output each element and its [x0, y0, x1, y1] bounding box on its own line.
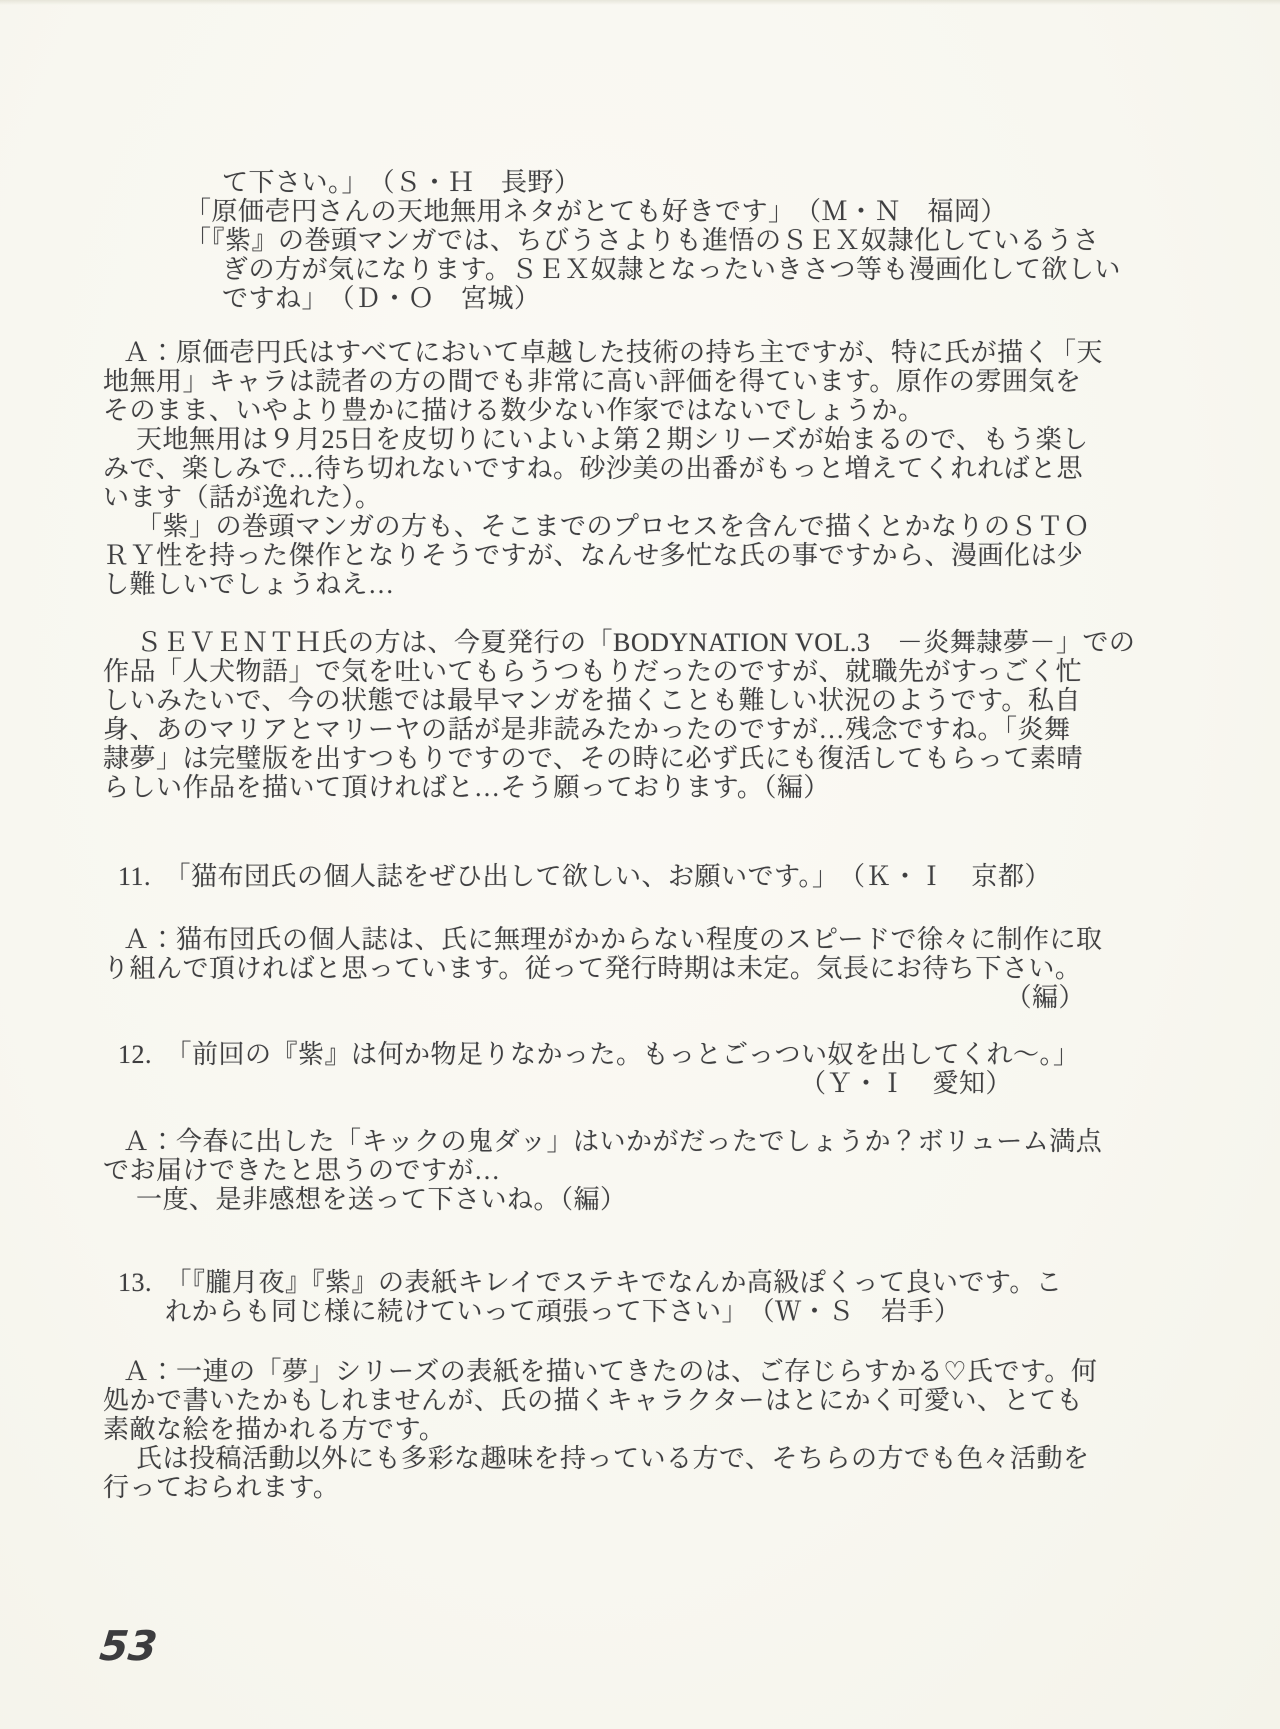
text-line: 「原価壱円さんの天地無用ネタがとても好きです」 （Ｍ・Ｎ 福岡）: [103, 197, 1100, 226]
text-line: Ａ：今春に出した「キックの鬼ダッ」はいかがだったでしょうか？ボリューム満点: [103, 1127, 1100, 1156]
answer-12-block: Ａ：今春に出した「キックの鬼ダッ」はいかがだったでしょうか？ボリューム満点 でお…: [103, 1127, 1100, 1214]
text-line: り組んで頂ければと思っています。従って発行時期は未定。気長にお待ち下さい。: [103, 954, 1100, 983]
page-number: 53: [97, 1622, 159, 1670]
text-line: 12. 「前回の『紫』は何か物足りなかった。もっとごっつい奴を出してくれ～。」: [103, 1040, 1100, 1069]
text-line: ＲＹ性を持った傑作となりそうですが、なんせ多忙な氏の事ですから、漫画化は少: [103, 541, 1100, 570]
text-line: 作品「人犬物語」で気を吐いてもらうつもりだったのですが、就職先がすっごく忙: [103, 657, 1100, 686]
text-line: れからも同じ様に続けていって頑張って下さい」 （Ｗ・Ｓ 岩手）: [103, 1297, 1100, 1326]
text-line: 13. 「『朧月夜』『紫』の表紙キレイでステキでなんか高級ぽくって良いです。こ: [103, 1268, 1100, 1297]
text-line: ですね」 （Ｄ・Ｏ 宮城）: [103, 284, 1100, 313]
text-line: ぎの方が気になります。ＳＥＸ奴隷となったいきさつ等も漫画化して欲しい: [103, 255, 1100, 284]
text-line: Ａ：一連の「夢」シリーズの表紙を描いてきたのは、ご存じらすかる♡氏です。何: [103, 1357, 1100, 1386]
text-line: 天地無用は９月25日を皮切りにいよいよ第２期シリーズが始まるので、もう楽し: [103, 425, 1100, 454]
text-line: います（話が逸れた）。: [103, 483, 1100, 512]
text-line: 処かで書いたかもしれませんが、氏の描くキャラクターはとにかく可愛い、とても: [103, 1386, 1100, 1415]
text-line: し難しいでしょうねえ…: [103, 570, 1100, 599]
text-line: 11. 「猫布団氏の個人誌をぜひ出して欲しい、お願いです。」 （Ｋ・Ｉ 京都）: [103, 862, 1100, 891]
text-line: らしい作品を描いて頂ければと…そう願っております。（編）: [103, 773, 1100, 802]
question-12-block: 12. 「前回の『紫』は何か物足りなかった。もっとごっつい奴を出してくれ～。」 …: [103, 1040, 1100, 1098]
answer-10-block: Ａ：原価壱円氏はすべてにおいて卓越した技術の持ち主ですが、特に氏が描く「天 地無…: [103, 338, 1100, 599]
text-line: 「『紫』の巻頭マンガでは、ちびうさよりも進悟のＳＥＸ奴隷化しているうさ: [103, 226, 1100, 255]
scanned-page: て下さい。」 （Ｓ・Ｈ 長野） 「原価壱円さんの天地無用ネタがとても好きです」 …: [0, 0, 1280, 1729]
text-line: 氏は投稿活動以外にも多彩な趣味を持っている方で、そちらの方でも色々活動を: [103, 1444, 1100, 1473]
text-line: て下さい。」 （Ｓ・Ｈ 長野）: [103, 168, 1100, 197]
question-13-block: 13. 「『朧月夜』『紫』の表紙キレイでステキでなんか高級ぽくって良いです。こ …: [103, 1268, 1100, 1326]
text-line: しいみたいで、今の状態では最早マンガを描くことも難しい状況のようです。私自: [103, 686, 1100, 715]
reader-comments-block: て下さい。」 （Ｓ・Ｈ 長野） 「原価壱円さんの天地無用ネタがとても好きです」 …: [103, 168, 1100, 313]
text-line: 一度、是非感想を送って下さいね。（編）: [103, 1185, 1100, 1214]
text-line: 地無用」キャラは読者の方の間でも非常に高い評価を得ています。原作の雰囲気を: [103, 367, 1100, 396]
text-line: そのまま、いやより豊かに描ける数少ない作家ではないでしょうか。: [103, 396, 1100, 425]
page-text-content: て下さい。」 （Ｓ・Ｈ 長野） 「原価壱円さんの天地無用ネタがとても好きです」 …: [103, 168, 1100, 1502]
text-line: みで、楽しみで…待ち切れないですね。砂沙美の出番がもっと増えてくれればと思: [103, 454, 1100, 483]
text-line: Ａ：猫布団氏の個人誌は、氏に無理がかからない程度のスピードで徐々に制作に取: [103, 925, 1100, 954]
text-line: でお届けできたと思うのですが…: [103, 1156, 1100, 1185]
question-11-block: 11. 「猫布団氏の個人誌をぜひ出して欲しい、お願いです。」 （Ｋ・Ｉ 京都）: [103, 862, 1100, 891]
text-line: 身、あのマリアとマリーヤの話が是非読みたかったのですが…残念ですね。「炎舞: [103, 715, 1100, 744]
answer-11-block: Ａ：猫布団氏の個人誌は、氏に無理がかからない程度のスピードで徐々に制作に取 り組…: [103, 925, 1100, 1012]
text-line: Ａ：原価壱円氏はすべてにおいて卓越した技術の持ち主ですが、特に氏が描く「天: [103, 338, 1100, 367]
text-line: （Ｙ・Ｉ 愛知）: [103, 1069, 1100, 1098]
answer-10-seventh-note-block: ＳＥＶＥＮＴＨ氏の方は、今夏発行の「BODYNATION VOL.3 －炎舞隷夢…: [103, 628, 1100, 802]
text-line: 「紫」の巻頭マンガの方も、そこまでのプロセスを含んで描くとかなりのＳＴＯ: [103, 512, 1100, 541]
text-line: ＳＥＶＥＮＴＨ氏の方は、今夏発行の「BODYNATION VOL.3 －炎舞隷夢…: [103, 628, 1100, 657]
text-line: 隷夢」は完璧版を出すつもりですので、その時に必ず氏にも復活してもらって素晴: [103, 744, 1100, 773]
answer-13-block: Ａ：一連の「夢」シリーズの表紙を描いてきたのは、ご存じらすかる♡氏です。何 処か…: [103, 1357, 1100, 1502]
text-line: 行っておられます。: [103, 1473, 1100, 1502]
text-line: 素敵な絵を描かれる方です。: [103, 1415, 1100, 1444]
text-line: （編）: [103, 983, 1100, 1012]
